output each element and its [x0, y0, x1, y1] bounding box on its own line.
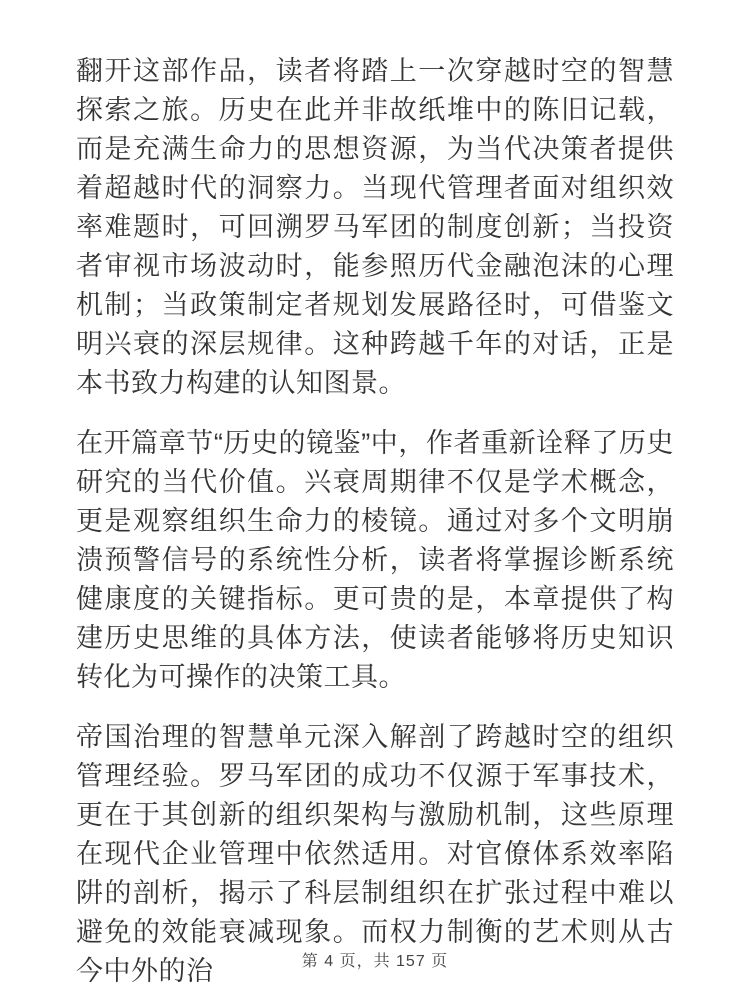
page-body: 翻开这部作品，读者将踏上一次穿越时空的智慧探索之旅。历史在此并非故纸堆中的陈旧记…	[76, 52, 674, 991]
page-number-footer: 第 4 页，共 157 页	[0, 952, 750, 972]
body-paragraph-1: 翻开这部作品，读者将踏上一次穿越时空的智慧探索之旅。历史在此并非故纸堆中的陈旧记…	[76, 52, 674, 403]
document-page: 翻开这部作品，读者将踏上一次穿越时空的智慧探索之旅。历史在此并非故纸堆中的陈旧记…	[0, 0, 750, 1000]
body-paragraph-2: 在开篇章节“历史的镜鉴”中，作者重新诠释了历史研究的当代价值。兴衰周期律不仅是学…	[76, 424, 674, 697]
body-paragraph-3: 帝国治理的智慧单元深入解剖了跨越时空的组织管理经验。罗马军团的成功不仅源于军事技…	[76, 718, 674, 991]
